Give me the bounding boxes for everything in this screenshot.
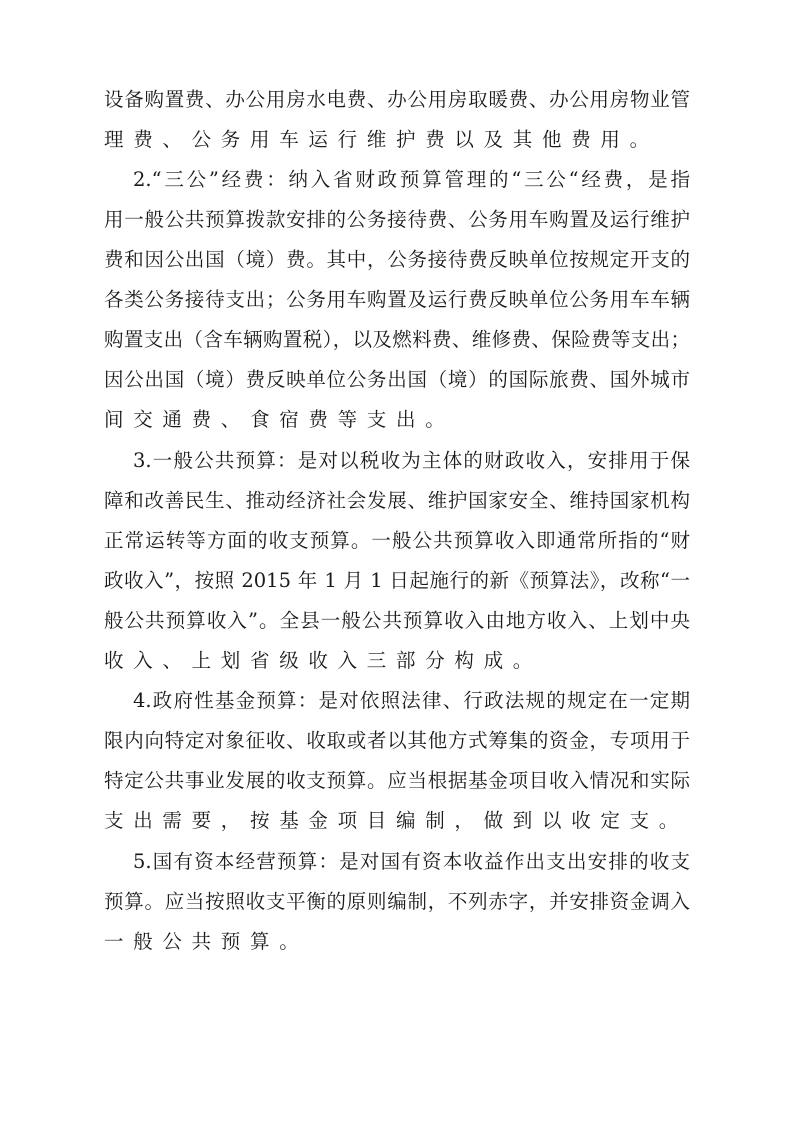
text-line: 理费、公务用车运行维护费以及其他费用。 [104, 120, 690, 160]
paragraph-heading-line: 2.“三公”经费：纳入省财政预算管理的“三公“经费，是指 [133, 160, 690, 200]
text-line: 一般公共预算。 [104, 922, 690, 962]
text-line: 收入、上划省级收入三部分构成。 [104, 641, 690, 681]
text-line: 般公共预算收入”。全县一般公共预算收入由地方收入、上划中央 [104, 601, 690, 641]
text-line: 正常运转等方面的收支预算。一般公共预算收入即通常所指的“财 [104, 521, 690, 561]
text-line: 设备购置费、办公用房水电费、办公用房取暖费、办公用房物业管 [104, 80, 690, 120]
text-line: 障和改善民生、推动经济社会发展、维护国家安全、维持国家机构 [104, 481, 690, 521]
text-line: 用一般公共预算拨款安排的公务接待费、公务用车购置及运行维护 [104, 200, 690, 240]
text-line: 因公出国（境）费反映单位公务出国（境）的国际旅费、国外城市 [104, 360, 690, 400]
text-line: 各类公务接待支出；公务用车购置及运行费反映单位公务用车车辆 [104, 280, 690, 320]
paragraph-heading-line: 4.政府性基金预算：是对依照法律、行政法规的规定在一定期 [133, 681, 690, 721]
paragraph-heading-line: 3.一般公共预算：是对以税收为主体的财政收入，安排用于保 [133, 441, 690, 481]
text-line: 间交通费、食宿费等支出。 [104, 400, 690, 440]
text-line: 支出需要，按基金项目编制，做到以收定支。 [104, 801, 690, 841]
text-line: 费和因公出国（境）费。其中，公务接待费反映单位按规定开支的 [104, 240, 690, 280]
text-line: 特定公共事业发展的收支预算。应当根据基金项目收入情况和实际 [104, 761, 690, 801]
text-line: 政收入”，按照 2015 年 1 月 1 日起施行的新《预算法》，改称“一 [104, 561, 690, 601]
text-line: 限内向特定对象征收、收取或者以其他方式筹集的资金，专项用于 [104, 721, 690, 761]
text-line: 购置支出（含车辆购置税），以及燃料费、维修费、保险费等支出； [104, 320, 690, 360]
text-line: 预算。应当按照收支平衡的原则编制，不列赤字，并安排资金调入 [104, 882, 690, 922]
paragraph-heading-line: 5.国有资本经营预算：是对国有资本收益作出支出安排的收支 [133, 842, 690, 882]
